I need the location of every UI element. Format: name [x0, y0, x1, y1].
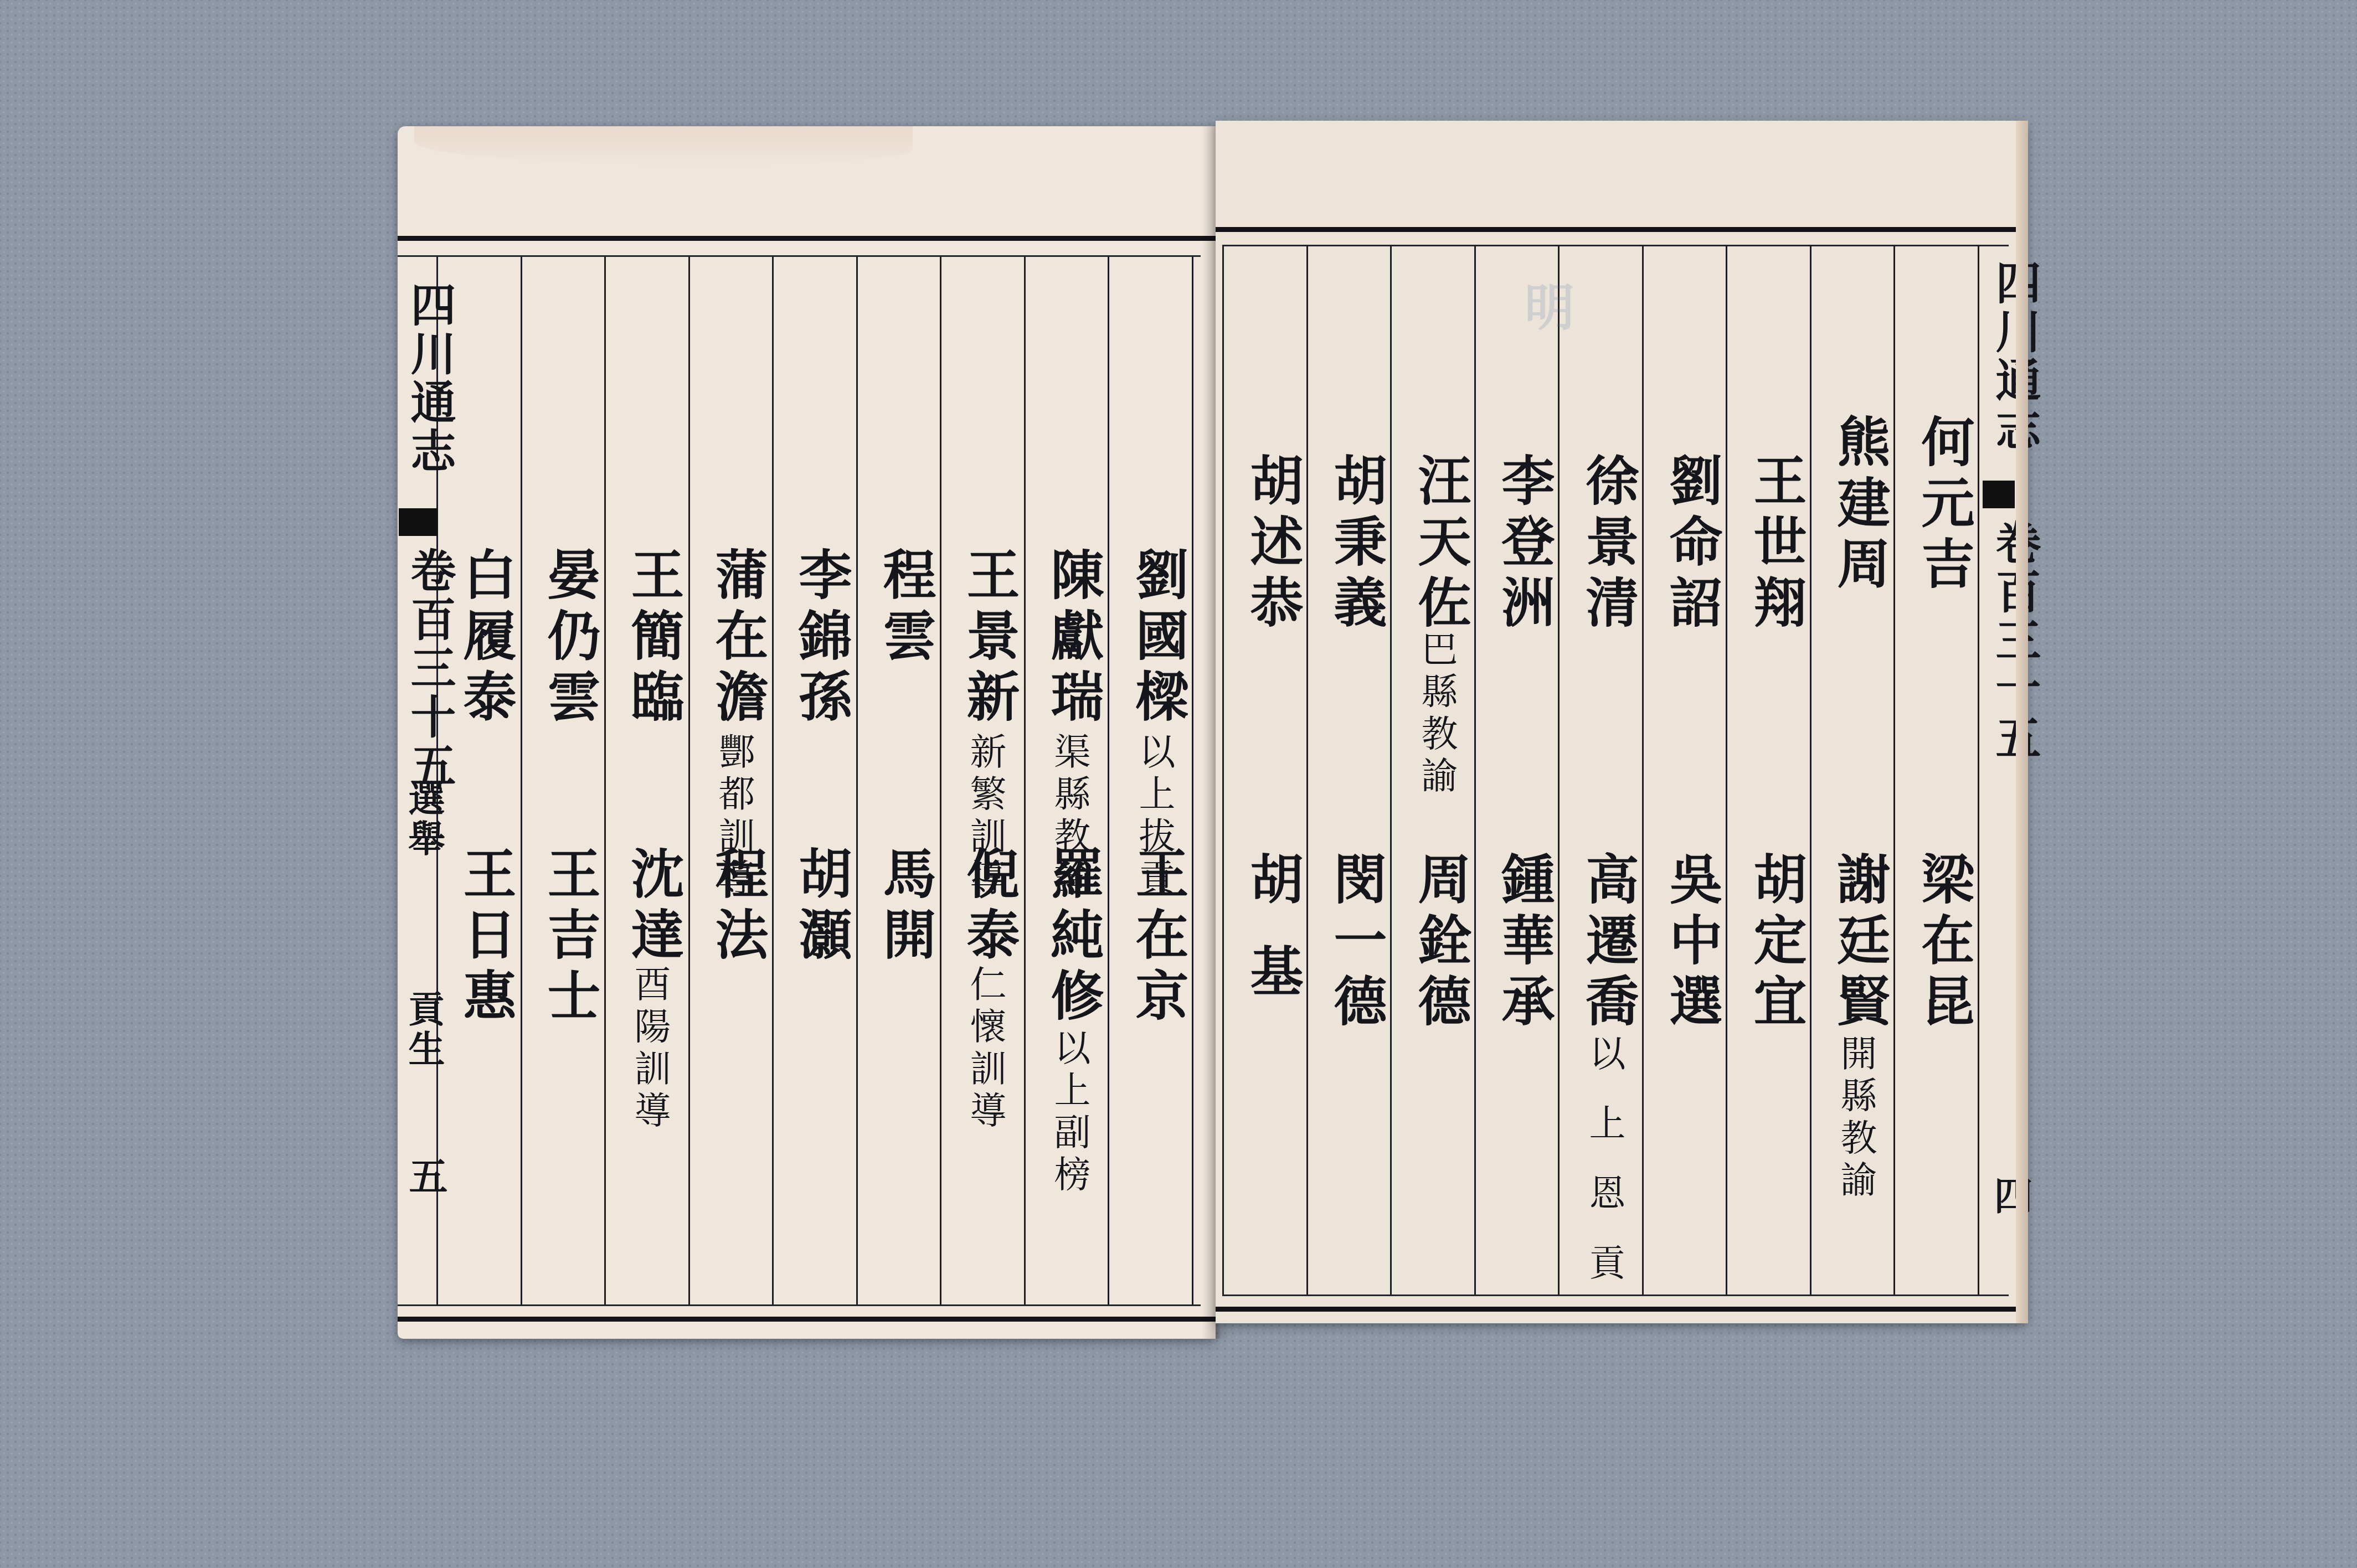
entry-name: 李錦孫	[784, 547, 860, 730]
entry-name: 胡灝	[784, 846, 860, 968]
spine-section: 選舉	[398, 780, 450, 859]
spine-title: 四川通志	[398, 281, 462, 476]
entry-name: 倪泰	[951, 846, 1027, 968]
top-border-thick	[1216, 227, 2016, 232]
entry-name: 何元吉	[1906, 414, 1982, 597]
column-divider	[772, 257, 774, 1304]
column-divider	[1108, 257, 1109, 1304]
column-divider	[1978, 246, 1979, 1294]
entry-name: 程雲	[868, 547, 944, 669]
top-border-thick	[398, 236, 1216, 241]
left-page: 四川通志 卷百三十五 選舉 貢生 五 劉國樑 以上拔貢 王在京 陳獻瑞 渠縣教諭…	[398, 126, 1216, 1339]
entry-name: 謝廷賢	[1822, 852, 1898, 1034]
column-divider	[1810, 246, 1812, 1294]
column-divider	[940, 257, 941, 1304]
fish-tail-mark	[1983, 481, 2015, 508]
column-divider	[1726, 246, 1727, 1294]
entry-note: 開縣教諭	[1829, 1034, 1882, 1203]
spine-subsection: 貢生	[398, 990, 450, 1070]
entry-name: 程法	[700, 846, 776, 968]
entry-name: 劉國樑	[1120, 547, 1196, 730]
column-divider	[688, 257, 690, 1304]
page-number: 五	[398, 1156, 454, 1198]
entry-name: 吳中選	[1654, 852, 1730, 1034]
column-divider	[521, 257, 522, 1304]
column-divider	[1306, 246, 1308, 1294]
entry-name: 馬開	[868, 846, 944, 968]
entry-name: 王世翔	[1738, 453, 1814, 636]
column-divider	[1222, 246, 1224, 1294]
bottom-border-thick	[398, 1317, 1216, 1322]
entry-name: 劉命詔	[1654, 453, 1730, 636]
bleed-through-text: 明	[1509, 281, 1581, 331]
column-divider	[1192, 257, 1193, 1304]
entry-name: 胡基	[1235, 852, 1311, 1035]
entry-note: 巴縣教諭	[1410, 630, 1463, 798]
entry-name: 蒲在澹	[700, 547, 776, 730]
entry-note: 酉陽訓導	[623, 965, 676, 1133]
entry-name: 李登洲	[1486, 453, 1562, 636]
column-divider	[604, 257, 606, 1304]
entry-name: 鍾華承	[1486, 852, 1562, 1034]
entry-name: 閔一德	[1319, 852, 1394, 1034]
entry-name: 周銓德	[1403, 852, 1479, 1034]
fish-tail-mark	[399, 508, 438, 536]
entry-name: 胡定宜	[1738, 852, 1814, 1034]
water-stain	[414, 126, 913, 165]
entry-name: 高遷喬	[1571, 852, 1646, 1034]
entry-note: 以上副榜	[1043, 1029, 1095, 1197]
entry-note: 以上恩貢	[1578, 1034, 1630, 1313]
entry-name: 白履泰	[448, 547, 524, 730]
entry-name: 熊建周	[1822, 414, 1898, 597]
page-number: 四	[1983, 1175, 2039, 1218]
entry-name: 梁在昆	[1906, 852, 1982, 1034]
book-fore-edge	[2016, 121, 2028, 1323]
entry-note: 仁懷訓導	[959, 965, 1011, 1133]
top-border-thin	[398, 255, 1201, 257]
entry-name: 王日惠	[448, 846, 524, 1029]
column-divider	[1558, 246, 1560, 1294]
column-divider	[856, 257, 858, 1304]
spine-title: 四川通志	[1983, 259, 2047, 454]
entry-name: 沈達	[616, 846, 692, 968]
column-divider	[1024, 257, 1026, 1304]
entry-name: 王簡臨	[616, 547, 692, 730]
entry-name: 汪天佐	[1403, 453, 1479, 636]
column-divider	[1390, 246, 1392, 1294]
entry-name: 王在京	[1120, 846, 1196, 1029]
column-divider	[1893, 246, 1895, 1294]
entry-name: 王景新	[951, 547, 1027, 730]
entry-name: 羅純修	[1036, 846, 1111, 1029]
entry-name: 陳獻瑞	[1036, 547, 1111, 730]
entry-name: 徐景清	[1571, 453, 1646, 636]
entry-name: 王吉士	[532, 846, 608, 1029]
entry-name: 晏仍雲	[532, 547, 608, 730]
right-page: 明 四川通志 卷百三十五 四 何元吉 梁在昆 熊建周 謝廷賢 開縣教諭 王世翔 …	[1216, 121, 2027, 1323]
bottom-border-thin	[398, 1304, 1201, 1306]
column-divider	[1474, 246, 1476, 1294]
entry-name: 胡述恭	[1235, 453, 1311, 636]
entry-name: 胡秉義	[1319, 453, 1394, 636]
column-divider	[1642, 246, 1644, 1294]
spine-volume: 卷百三十五	[1983, 519, 2047, 763]
top-border-thin	[1222, 245, 2009, 246]
